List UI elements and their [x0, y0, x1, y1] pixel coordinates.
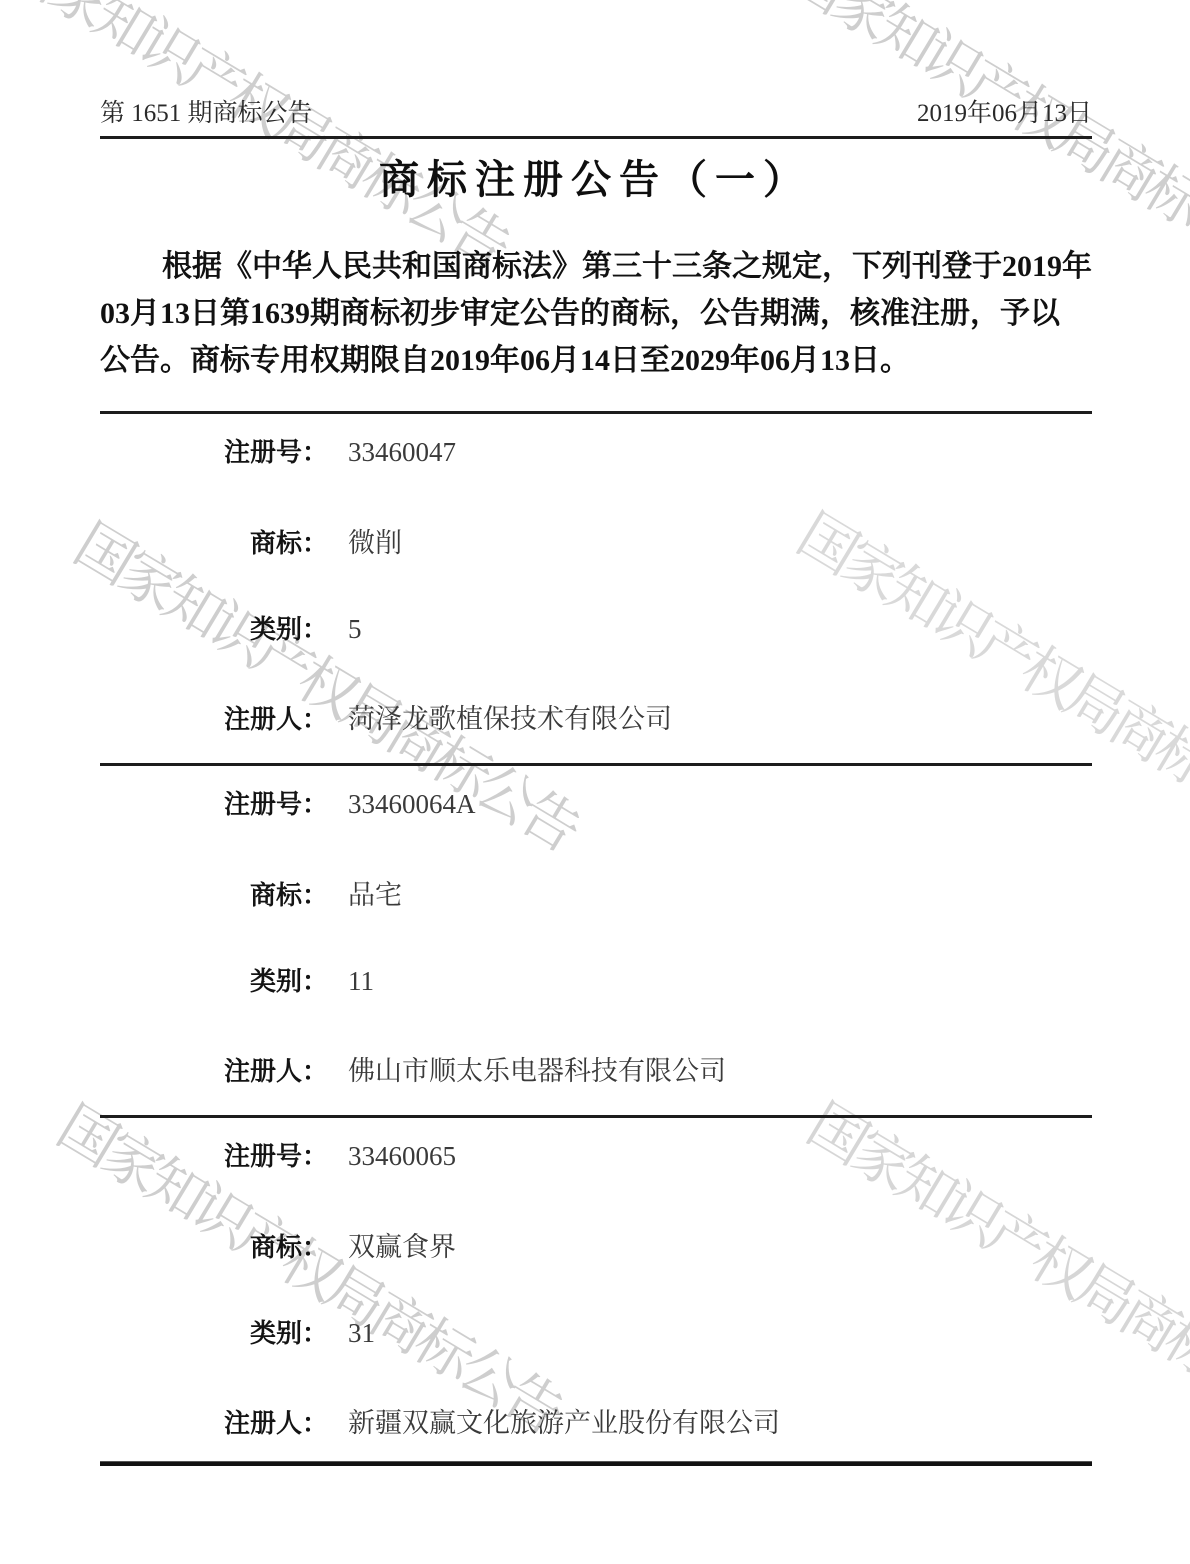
field-label-registrant: 注册人： — [100, 1403, 328, 1440]
section-divider — [100, 411, 1092, 414]
field-value-registrant: 菏泽龙歌植保技术有限公司 — [348, 697, 672, 736]
intro-line-3: 公告。商标专用权期限自2019年06月14日至2029年06月13日。 — [100, 337, 1092, 384]
issue-number: 第 1651 期商标公告 — [100, 93, 313, 129]
bottom-divider — [100, 1461, 1092, 1466]
page-header: 第 1651 期商标公告 2019年06月13日 — [100, 93, 1092, 129]
field-label-reg-no: 注册号： — [100, 432, 328, 469]
field-row-reg-no: 注册号： 33460065 — [100, 1136, 1092, 1173]
field-row-registrant: 注册人： 菏泽龙歌植保技术有限公司 — [100, 697, 1092, 736]
field-value-reg-no: 33460065 — [348, 1141, 456, 1172]
field-row-trademark: 商标： 品宅 — [100, 873, 1092, 912]
field-row-registrant: 注册人： 新疆双赢文化旅游产业股份有限公司 — [100, 1401, 1092, 1440]
field-row-trademark: 商标： 微削 — [100, 521, 1092, 560]
field-value-reg-no: 33460064A — [348, 789, 476, 820]
section-divider — [100, 763, 1092, 766]
field-row-category: 类别： 11 — [100, 961, 1092, 998]
intro-line-2: 03月13日第1639期商标初步审定公告的商标，公告期满，核准注册，予以 — [100, 290, 1092, 337]
field-row-trademark: 商标： 双赢食界 — [100, 1225, 1092, 1264]
field-row-registrant: 注册人： 佛山市顺太乐电器科技有限公司 — [100, 1049, 1092, 1088]
field-label-reg-no: 注册号： — [100, 1136, 328, 1173]
field-value-trademark: 双赢食界 — [348, 1225, 456, 1264]
field-label-reg-no: 注册号： — [100, 784, 328, 821]
field-label-trademark: 商标： — [100, 1227, 328, 1264]
field-label-category: 类别： — [100, 961, 328, 998]
section-divider — [100, 1115, 1092, 1118]
intro-line-1: 根据《中华人民共和国商标法》第三十三条之规定，下列刊登于2019年 — [100, 243, 1092, 290]
page-title: 商标注册公告（一） — [0, 148, 1190, 205]
field-value-category: 31 — [348, 1318, 375, 1349]
page-content: 第 1651 期商标公告 2019年06月13日 商标注册公告（一） 根据《中华… — [0, 0, 1190, 1564]
trademark-record-3: 注册号： 33460065 商标： 双赢食界 类别： 31 注册人： 新疆双赢文… — [100, 1115, 1092, 1467]
field-value-category: 5 — [348, 614, 362, 645]
field-row-category: 类别： 31 — [100, 1313, 1092, 1350]
field-label-registrant: 注册人： — [100, 1051, 328, 1088]
field-label-category: 类别： — [100, 609, 328, 646]
field-value-trademark: 微削 — [348, 521, 402, 560]
gazette-page: 国家知识产权局商标公告 国家知识产权局商标公告 国家知识产权局商标公告 国家知识… — [0, 0, 1190, 1564]
intro-paragraph: 根据《中华人民共和国商标法》第三十三条之规定，下列刊登于2019年 03月13日… — [100, 243, 1092, 384]
field-row-category: 类别： 5 — [100, 609, 1092, 646]
trademark-record-2: 注册号： 33460064A 商标： 品宅 类别： 11 注册人： 佛山市顺太乐… — [100, 763, 1092, 1115]
field-label-category: 类别： — [100, 1313, 328, 1350]
field-value-trademark: 品宅 — [348, 873, 402, 912]
field-label-trademark: 商标： — [100, 875, 328, 912]
field-row-reg-no: 注册号： 33460047 — [100, 432, 1092, 469]
publish-date: 2019年06月13日 — [917, 93, 1092, 129]
field-value-registrant: 新疆双赢文化旅游产业股份有限公司 — [348, 1401, 780, 1440]
field-label-registrant: 注册人： — [100, 699, 328, 736]
field-row-reg-no: 注册号： 33460064A — [100, 784, 1092, 821]
header-divider — [100, 136, 1092, 139]
field-value-category: 11 — [348, 966, 374, 997]
trademark-record-1: 注册号： 33460047 商标： 微削 类别： 5 注册人： 菏泽龙歌植保技术… — [100, 411, 1092, 763]
field-value-reg-no: 33460047 — [348, 437, 456, 468]
field-value-registrant: 佛山市顺太乐电器科技有限公司 — [348, 1049, 726, 1088]
field-label-trademark: 商标： — [100, 523, 328, 560]
